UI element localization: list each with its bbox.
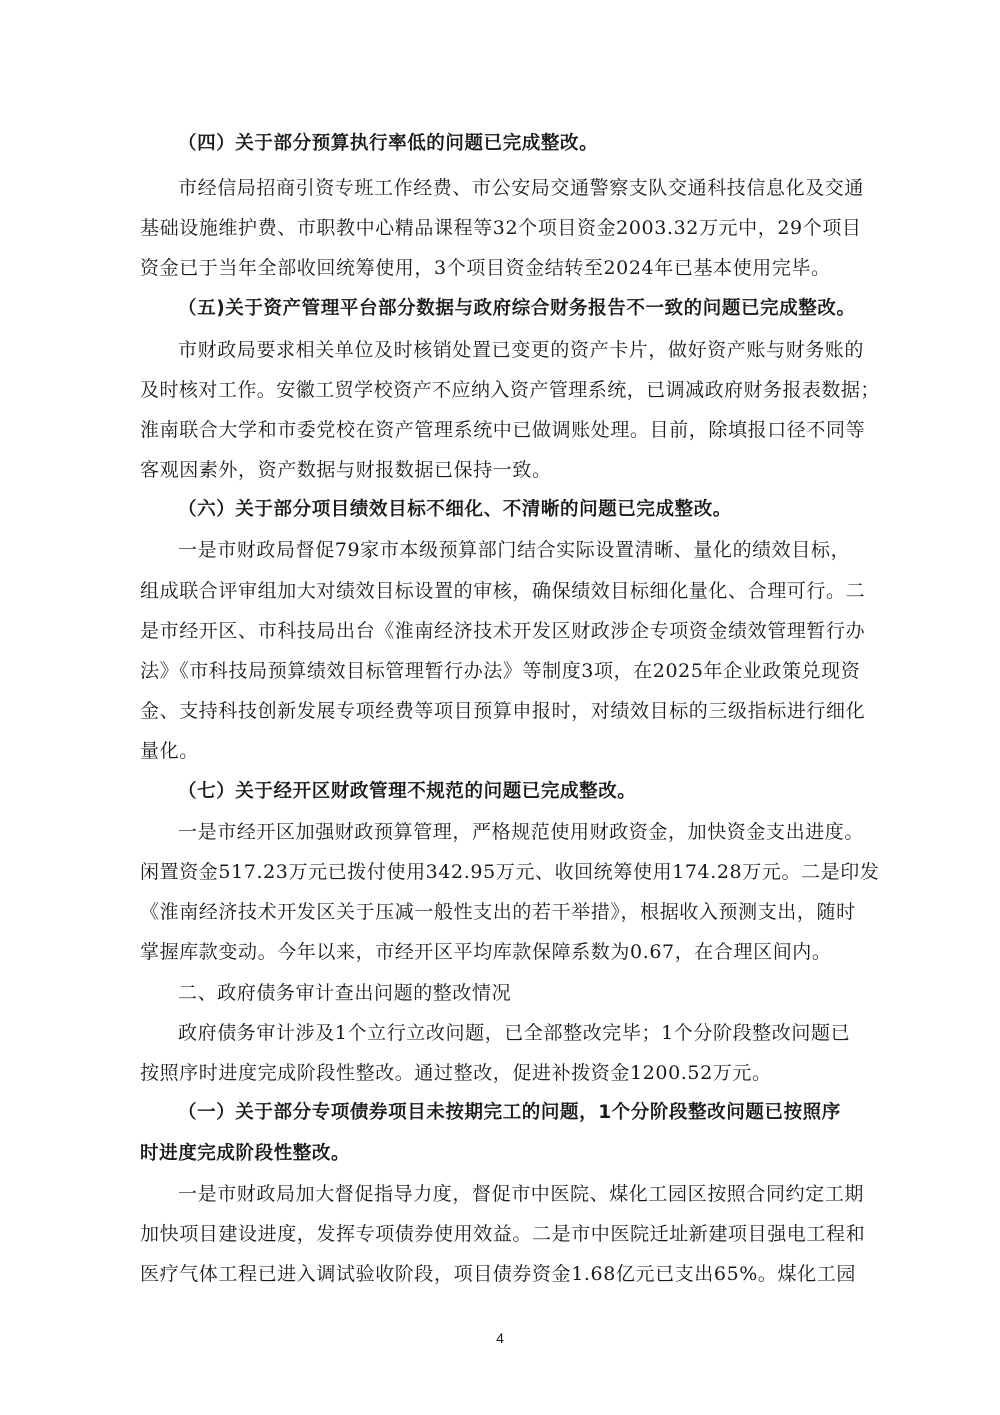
paragraph-line: 金、支持科技创新发展专项经费等项目预算申报时，对绩效目标的三级指标进行细化 — [140, 699, 880, 723]
section-heading-line: （六）关于部分项目绩效目标不细化、不清晰的问题已完成整改。 — [178, 498, 880, 522]
section-heading-line: （七）关于经开区财政管理不规范的问题已完成整改。 — [178, 780, 880, 804]
paragraph-line: 资金已于当年全部收回统筹使用，3个项目资金结转至2024年已基本使用完毕。 — [140, 256, 880, 280]
paragraph-line: 量化。 — [140, 739, 880, 763]
paragraph-line: 掌握库款变动。今年以来，市经开区平均库款保障系数为0.67，在合理区间内。 — [140, 940, 880, 964]
section-heading-line: （一）关于部分专项债券项目未按期完工的问题，1个分阶段整改问题已按照序 — [178, 1101, 880, 1125]
paragraph-line: 《淮南经济技术开发区关于压减一般性支出的若干举措》，根据收入预测支出，随时 — [140, 900, 880, 924]
paragraph-line: 组成联合评审组加大对绩效目标设置的审核，确保绩效目标细化量化、合理可行。二 — [140, 579, 880, 603]
paragraph-line: 一是市财政局督促79家市本级预算部门结合实际设置清晰、量化的绩效目标， — [178, 538, 880, 562]
paragraph-line: 政府债务审计涉及1个立行立改问题，已全部整改完毕；1个分阶段整改问题已 — [178, 1021, 880, 1045]
paragraph-line: 及时核对工作。安徽工贸学校资产不应纳入资产管理系统，已调减政府财务报表数据； — [140, 378, 880, 402]
paragraph-line: 加快项目建设进度，发挥专项债券使用效益。二是市中医院迁址新建项目强电工程和 — [140, 1222, 880, 1246]
section-heading-line: 时进度完成阶段性整改。 — [140, 1142, 880, 1166]
paragraph-line: 淮南联合大学和市委党校在资产管理系统中已做调账处理。目前，除填报口径不同等 — [140, 418, 880, 442]
section-heading-line: （五)关于资产管理平台部分数据与政府综合财务报告不一致的问题已完成整改。 — [178, 297, 880, 321]
paragraph-line: 客观因素外，资产数据与财报数据已保持一致。 — [140, 458, 880, 482]
paragraph-line: 一是市经开区加强财政预算管理，严格规范使用财政资金，加快资金支出进度。 — [178, 820, 880, 844]
document-page: 4 （四）关于部分预算执行率低的问题已完成整改。市经信局招商引资专班工作经费、市… — [0, 0, 1000, 1415]
paragraph-line: 法》《市科技局预算绩效目标管理暂行办法》等制度3项，在2025年企业政策兑现资 — [140, 659, 880, 683]
paragraph-line: 闲置资金517.23万元已拨付使用342.95万元、收回统筹使用174.28万元… — [140, 860, 880, 884]
paragraph-line: 市经信局招商引资专班工作经费、市公安局交通警察支队交通科技信息化及交通 — [178, 176, 880, 200]
paragraph-line: 二、政府债务审计查出问题的整改情况 — [178, 981, 880, 1005]
paragraph-line: 市财政局要求相关单位及时核销处置已变更的资产卡片，做好资产账与财务账的 — [178, 338, 880, 362]
paragraph-line: 按照序时进度完成阶段性整改。通过整改，促进补拨资金1200.52万元。 — [140, 1061, 880, 1085]
paragraph-line: 是市经开区、市科技局出台《淮南经济技术开发区财政涉企专项资金绩效管理暂行办 — [140, 619, 880, 643]
paragraph-line: 一是市财政局加大督促指导力度，督促市中医院、煤化工园区按照合同约定工期 — [178, 1182, 880, 1206]
section-heading-line: （四）关于部分预算执行率低的问题已完成整改。 — [178, 132, 880, 156]
paragraph-line: 医疗气体工程已进入调试验收阶段，项目债券资金1.68亿元已支出65%。煤化工园 — [140, 1262, 880, 1286]
page-number: 4 — [0, 1330, 1000, 1346]
paragraph-line: 基础设施维护费、市职教中心精品课程等32个项目资金2003.32万元中，29个项… — [140, 216, 880, 240]
